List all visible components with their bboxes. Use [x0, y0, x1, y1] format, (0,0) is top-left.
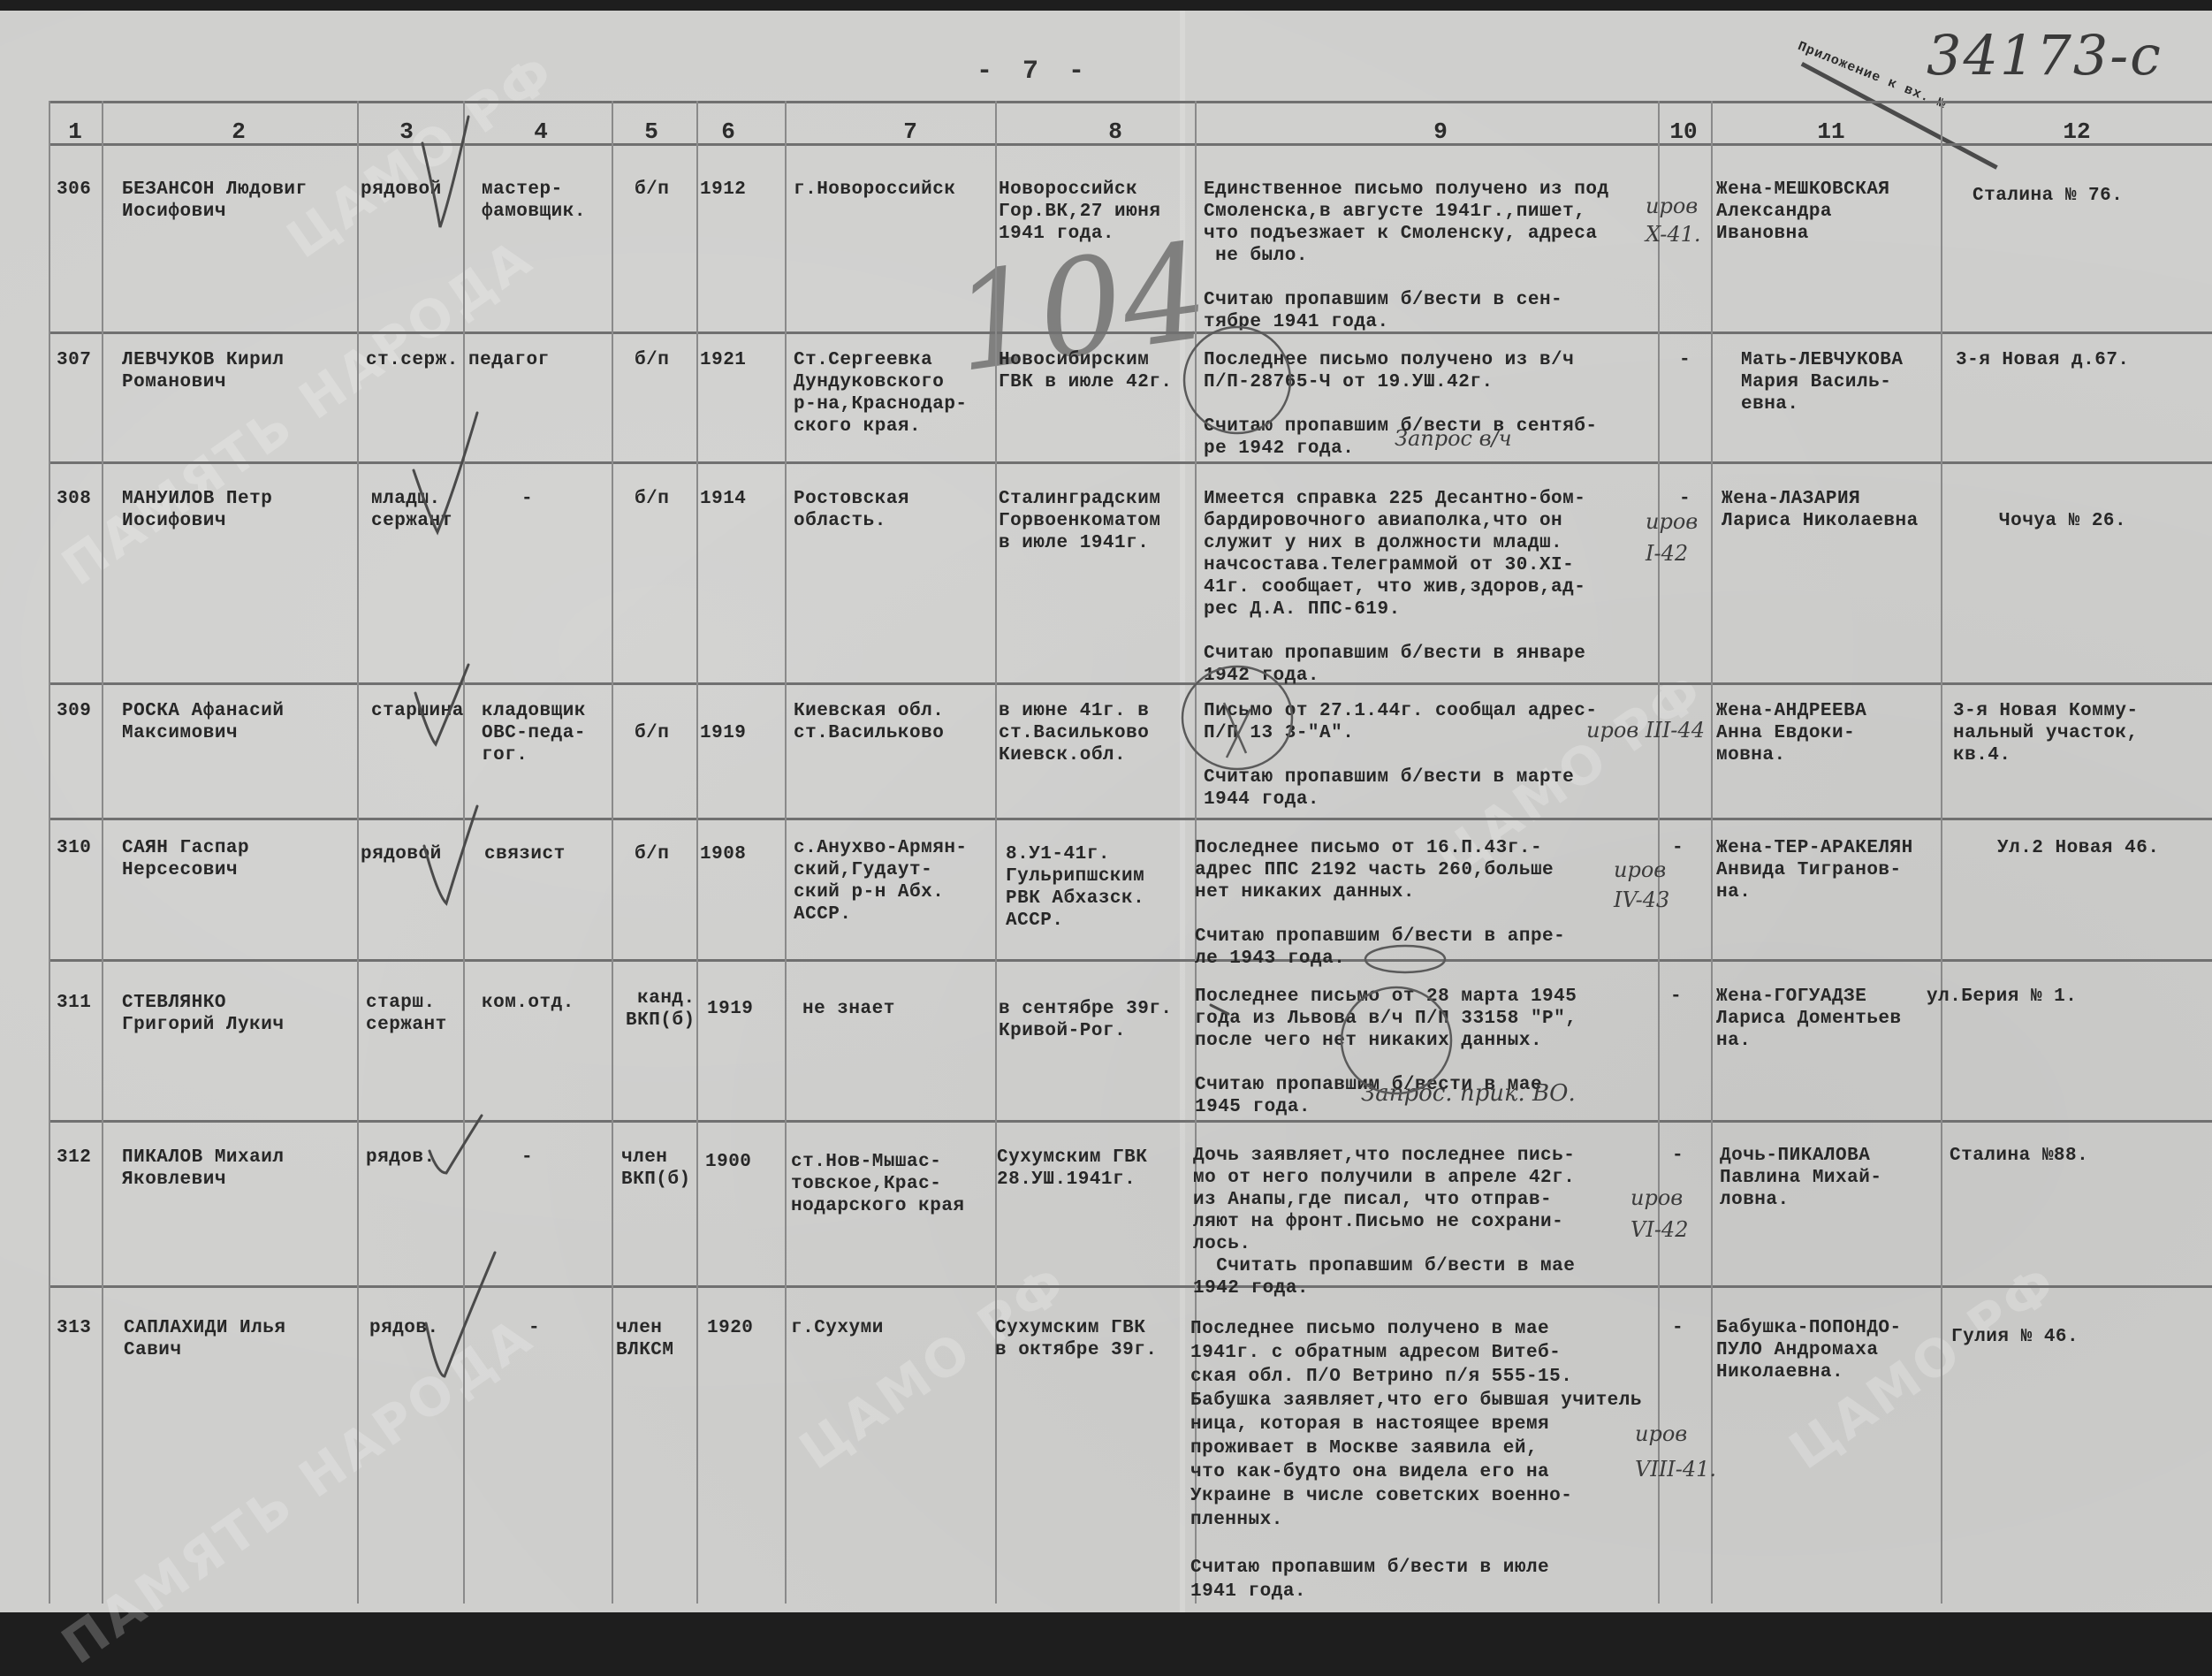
check-mark-icon	[1211, 1005, 1228, 1014]
cross-mark-icon	[1224, 703, 1250, 758]
check-mark-icon	[415, 665, 468, 744]
check-mark-icon	[422, 117, 468, 227]
circle-mark-icon	[1182, 667, 1292, 769]
check-mark-icon	[424, 806, 477, 903]
circle-mark-icon	[1342, 987, 1451, 1093]
check-mark-icon	[426, 1253, 495, 1376]
circle-mark-icon	[1184, 327, 1290, 433]
check-mark-icon	[414, 413, 477, 532]
check-mark-icon	[429, 1116, 482, 1173]
document-sheet: ПАМЯТЬ НАРОДА ПАМЯТЬ НАРОДА ЦАМО РФ ЦАМО…	[0, 11, 2212, 1612]
circle-mark-icon	[1365, 946, 1445, 972]
check-marks-overlay	[0, 11, 2212, 1612]
